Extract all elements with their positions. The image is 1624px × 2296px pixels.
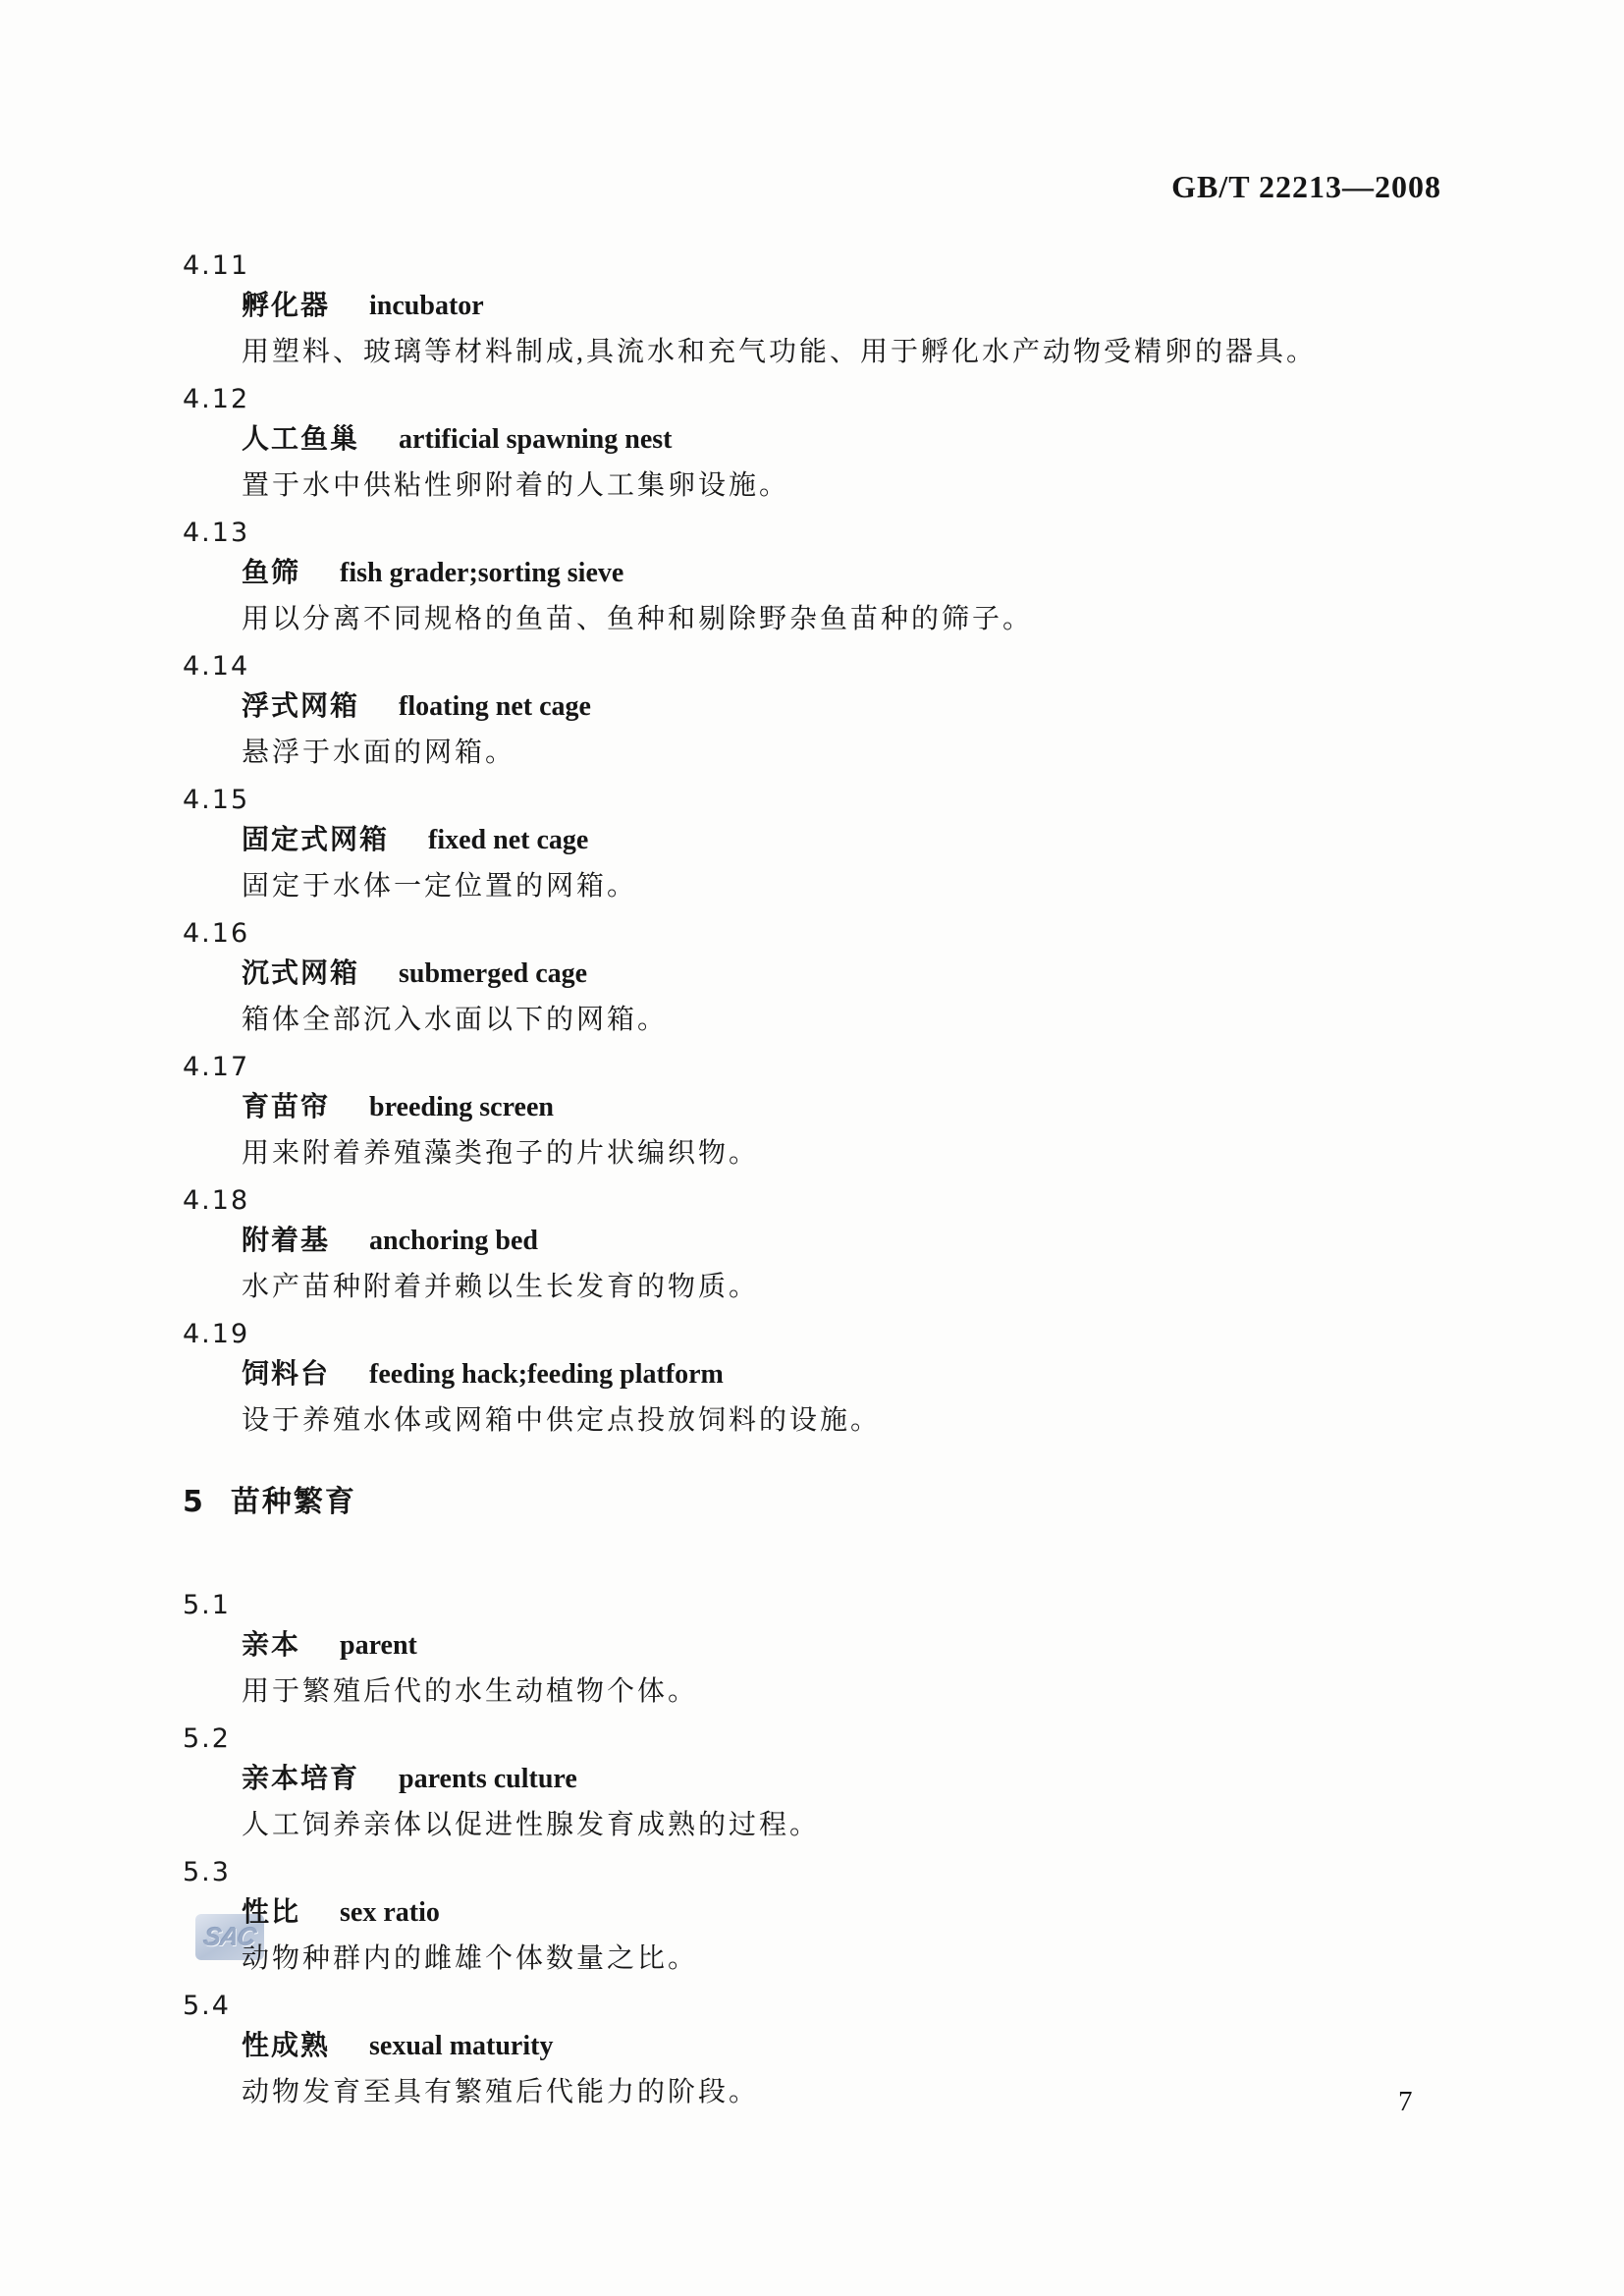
term-definition: 置于水中供粘性卵附着的人工集卵设施。 [183, 460, 1479, 513]
doc-number-header: GB/T 22213—2008 [0, 169, 1441, 205]
term-definition: 悬浮于水面的网箱。 [183, 727, 1479, 780]
chapter-number: 5 [183, 1485, 205, 1520]
term-entry: 4.12 人工鱼巢artificial spawning nest 置于水中供粘… [183, 379, 1479, 513]
term-line: 性成熟sexual maturity [183, 2027, 1479, 2066]
term-line: 亲本parent [183, 1626, 1479, 1666]
page-content: 4.11 孵化器incubator 用塑料、玻璃等材料制成,具流水和充气功能、用… [183, 246, 1479, 2119]
term-definition: 箱体全部沉入水面以下的网箱。 [183, 994, 1479, 1047]
term-definition: 固定于水体一定位置的网箱。 [183, 860, 1479, 913]
term-entry: 5.1 亲本parent 用于繁殖后代的水生动植物个体。 [183, 1585, 1479, 1719]
section-number: 4.11 [183, 246, 1479, 287]
term-en: sexual maturity [369, 2031, 553, 2061]
term-definition: 用来附着养殖藻类孢子的片状编织物。 [183, 1127, 1479, 1180]
section-number: 4.12 [183, 379, 1479, 420]
term-entry: 4.19 饲料台feeding hack;feeding platform 设于… [183, 1314, 1479, 1448]
term-en: breeding screen [369, 1092, 554, 1122]
term-en: parents culture [399, 1764, 577, 1794]
term-line: 鱼筛fish grader;sorting sieve [183, 554, 1479, 593]
term-entry: 4.17 育苗帘breeding screen 用来附着养殖藻类孢子的片状编织物… [183, 1047, 1479, 1180]
term-line: 附着基anchoring bed [183, 1222, 1479, 1261]
term-en: artificial spawning nest [399, 424, 672, 455]
term-entry: 4.16 沉式网箱submerged cage 箱体全部沉入水面以下的网箱。 [183, 913, 1479, 1047]
term-definition: 动物种群内的雌雄个体数量之比。 [183, 1933, 1479, 1986]
term-en: sex ratio [340, 1897, 440, 1928]
term-cn: 性成熟 [242, 2031, 330, 2061]
term-en: fixed net cage [428, 825, 588, 855]
term-cn: 沉式网箱 [242, 958, 359, 989]
term-cn: 亲本培育 [242, 1764, 359, 1794]
term-en: anchoring bed [369, 1226, 538, 1256]
term-en: submerged cage [399, 958, 587, 989]
term-en: incubator [369, 291, 484, 321]
term-line: 饲料台feeding hack;feeding platform [183, 1355, 1479, 1394]
term-cn: 孵化器 [242, 291, 330, 321]
section-number: 4.17 [183, 1047, 1479, 1088]
term-definition: 水产苗种附着并赖以生长发育的物质。 [183, 1261, 1479, 1314]
term-line: 浮式网箱floating net cage [183, 687, 1479, 727]
chapter-heading: 5苗种繁育 [183, 1485, 1479, 1560]
term-entry: 4.11 孵化器incubator 用塑料、玻璃等材料制成,具流水和充气功能、用… [183, 246, 1479, 379]
term-entry: 4.18 附着基anchoring bed 水产苗种附着并赖以生长发育的物质。 [183, 1180, 1479, 1314]
term-cn: 育苗帘 [242, 1092, 330, 1122]
term-line: 育苗帘breeding screen [183, 1088, 1479, 1127]
section-number: 5.2 [183, 1719, 1479, 1760]
section-number: 4.16 [183, 913, 1479, 955]
section-number: 5.3 [183, 1852, 1479, 1893]
term-line: 孵化器incubator [183, 287, 1479, 326]
term-cn: 性比 [242, 1897, 300, 1928]
term-entry: 5.4 性成熟sexual maturity 动物发育至具有繁殖后代能力的阶段。 [183, 1986, 1479, 2119]
section-number: 4.13 [183, 513, 1479, 554]
term-cn: 亲本 [242, 1630, 300, 1661]
term-cn: 浮式网箱 [242, 691, 359, 722]
section-number: 4.15 [183, 780, 1479, 821]
section-number: 5.4 [183, 1986, 1479, 2027]
section-number: 4.14 [183, 646, 1479, 687]
term-entry: 5.2 亲本培育parents culture 人工饲养亲体以促进性腺发育成熟的… [183, 1719, 1479, 1852]
term-definition: 用塑料、玻璃等材料制成,具流水和充气功能、用于孵化水产动物受精卵的器具。 [183, 326, 1479, 379]
term-cn: 固定式网箱 [242, 825, 389, 855]
term-en: feeding hack;feeding platform [369, 1359, 724, 1390]
term-entry: 4.14 浮式网箱floating net cage 悬浮于水面的网箱。 [183, 646, 1479, 780]
chapter-title: 苗种繁育 [231, 1486, 356, 1518]
term-cn: 人工鱼巢 [242, 424, 359, 455]
term-definition: 人工饲养亲体以促进性腺发育成熟的过程。 [183, 1799, 1479, 1852]
section-number: 4.19 [183, 1314, 1479, 1355]
term-line: 亲本培育parents culture [183, 1760, 1479, 1799]
term-definition: 用以分离不同规格的鱼苗、鱼种和剔除野杂鱼苗种的筛子。 [183, 593, 1479, 646]
term-entry: 4.15 固定式网箱fixed net cage 固定于水体一定位置的网箱。 [183, 780, 1479, 913]
term-definition: 设于养殖水体或网箱中供定点投放饲料的设施。 [183, 1394, 1479, 1448]
term-en: parent [340, 1630, 417, 1661]
term-cn: 附着基 [242, 1226, 330, 1256]
term-line: 人工鱼巢artificial spawning nest [183, 420, 1479, 460]
term-en: fish grader;sorting sieve [340, 558, 623, 588]
term-line: 固定式网箱fixed net cage [183, 821, 1479, 860]
term-definition: 用于繁殖后代的水生动植物个体。 [183, 1666, 1479, 1719]
term-cn: 饲料台 [242, 1359, 330, 1390]
term-entry: 4.13 鱼筛fish grader;sorting sieve 用以分离不同规… [183, 513, 1479, 646]
section-number: 5.1 [183, 1585, 1479, 1626]
term-line: 性比sex ratio [183, 1893, 1479, 1933]
document-page: GB/T 22213—2008 4.11 孵化器incubator 用塑料、玻璃… [0, 0, 1624, 2296]
term-line: 沉式网箱submerged cage [183, 955, 1479, 994]
term-cn: 鱼筛 [242, 558, 300, 588]
term-en: floating net cage [399, 691, 591, 722]
term-entry: 5.3 性比sex ratio 动物种群内的雌雄个体数量之比。 [183, 1852, 1479, 1986]
term-definition: 动物发育至具有繁殖后代能力的阶段。 [183, 2066, 1479, 2119]
section-number: 4.18 [183, 1180, 1479, 1222]
